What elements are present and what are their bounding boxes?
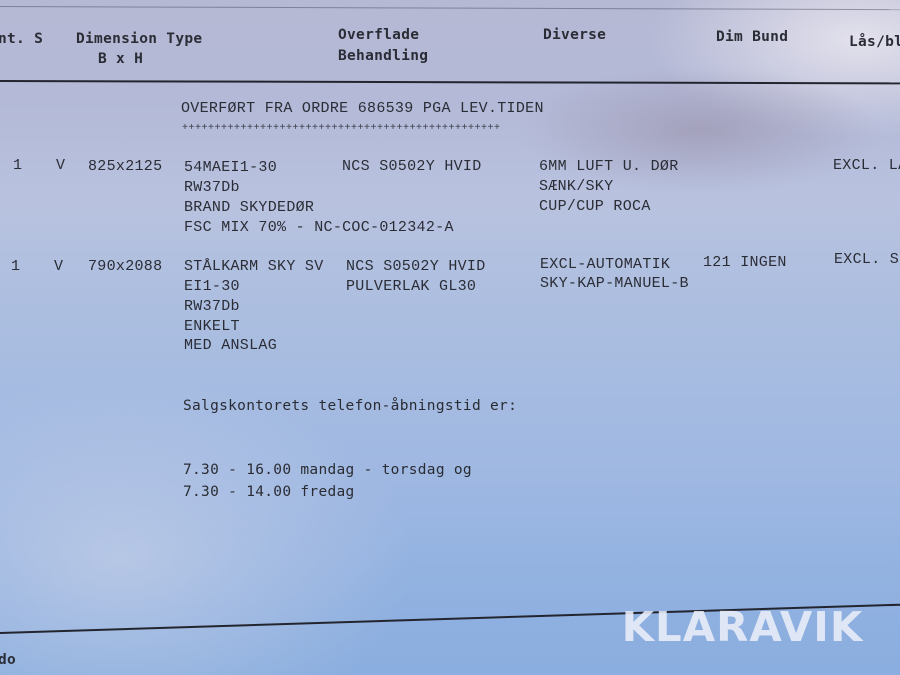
item-dimension: 825x2125 [88, 157, 162, 177]
item-overflade: NCS S0502Y HVID [342, 157, 482, 177]
item-type-line: MED ANSLAG [184, 336, 277, 356]
header-antal-s: nt. S [0, 29, 43, 49]
header-dimension-type: Dimension Type [76, 29, 202, 49]
footer-fragment: do [0, 650, 16, 670]
item-diverse-line: EXCL-AUTOMATIK [540, 255, 670, 275]
item-overflade: NCS S0502Y HVID [346, 257, 486, 277]
header-rule-line [0, 80, 900, 84]
item-antal: 1 [13, 156, 22, 176]
item-las: EXCL. LÅ [833, 156, 900, 176]
item-s: V [56, 156, 65, 176]
klaravik-watermark: KLARAVIK [622, 603, 864, 651]
item-type-line: ENKELT [184, 317, 240, 337]
item-type-line: FSC MIX 70% - NC-COC-012342-A [184, 218, 454, 238]
item-type-line: STÅLKARM SKY SV [184, 257, 324, 277]
transfer-note-underline: ++++++++++++++++++++++++++++++++++++++++… [182, 119, 501, 139]
header-dim-bund: Dim Bund [716, 27, 788, 47]
header-overflade: Overflade [338, 25, 419, 45]
header-behandling: Behandling [338, 46, 428, 66]
item-type-line: RW37Db [184, 178, 240, 198]
item-diverse-line: CUP/CUP ROCA [539, 197, 651, 217]
item-diverse-line: SKY-KAP-MANUEL-B [540, 274, 689, 294]
top-rule-line [0, 6, 900, 10]
item-diverse-line: 6MM LUFT U. DØR [539, 157, 679, 177]
item-type-line: EI1-30 [184, 277, 240, 297]
item-dim-bund: 121 INGEN [703, 253, 787, 273]
item-type-line: 54MAEI1-30 [184, 158, 277, 178]
item-type-line: BRAND SKYDEDØR [184, 198, 314, 218]
header-diverse: Diverse [543, 25, 606, 45]
item-antal: 1 [11, 257, 20, 277]
item-s: V [54, 257, 63, 277]
phone-hours-line: 7.30 - 14.00 fredag [183, 482, 355, 502]
header-las: Lås/bl [849, 32, 900, 52]
phone-hours-intro: Salgskontorets telefon-åbningstid er: [183, 396, 517, 416]
phone-hours-line: 7.30 - 16.00 mandag - torsdag og [183, 460, 472, 480]
item-type-line: RW37Db [184, 297, 240, 317]
transfer-note: OVERFØRT FRA ORDRE 686539 PGA LEV.TIDEN [181, 99, 544, 119]
header-dimension-bxh: B x H [98, 49, 143, 69]
item-dimension: 790x2088 [88, 257, 162, 277]
item-overflade: PULVERLAK GL30 [346, 277, 476, 297]
item-las: EXCL. S [834, 250, 899, 270]
item-diverse-line: SÆNK/SKY [539, 177, 613, 197]
